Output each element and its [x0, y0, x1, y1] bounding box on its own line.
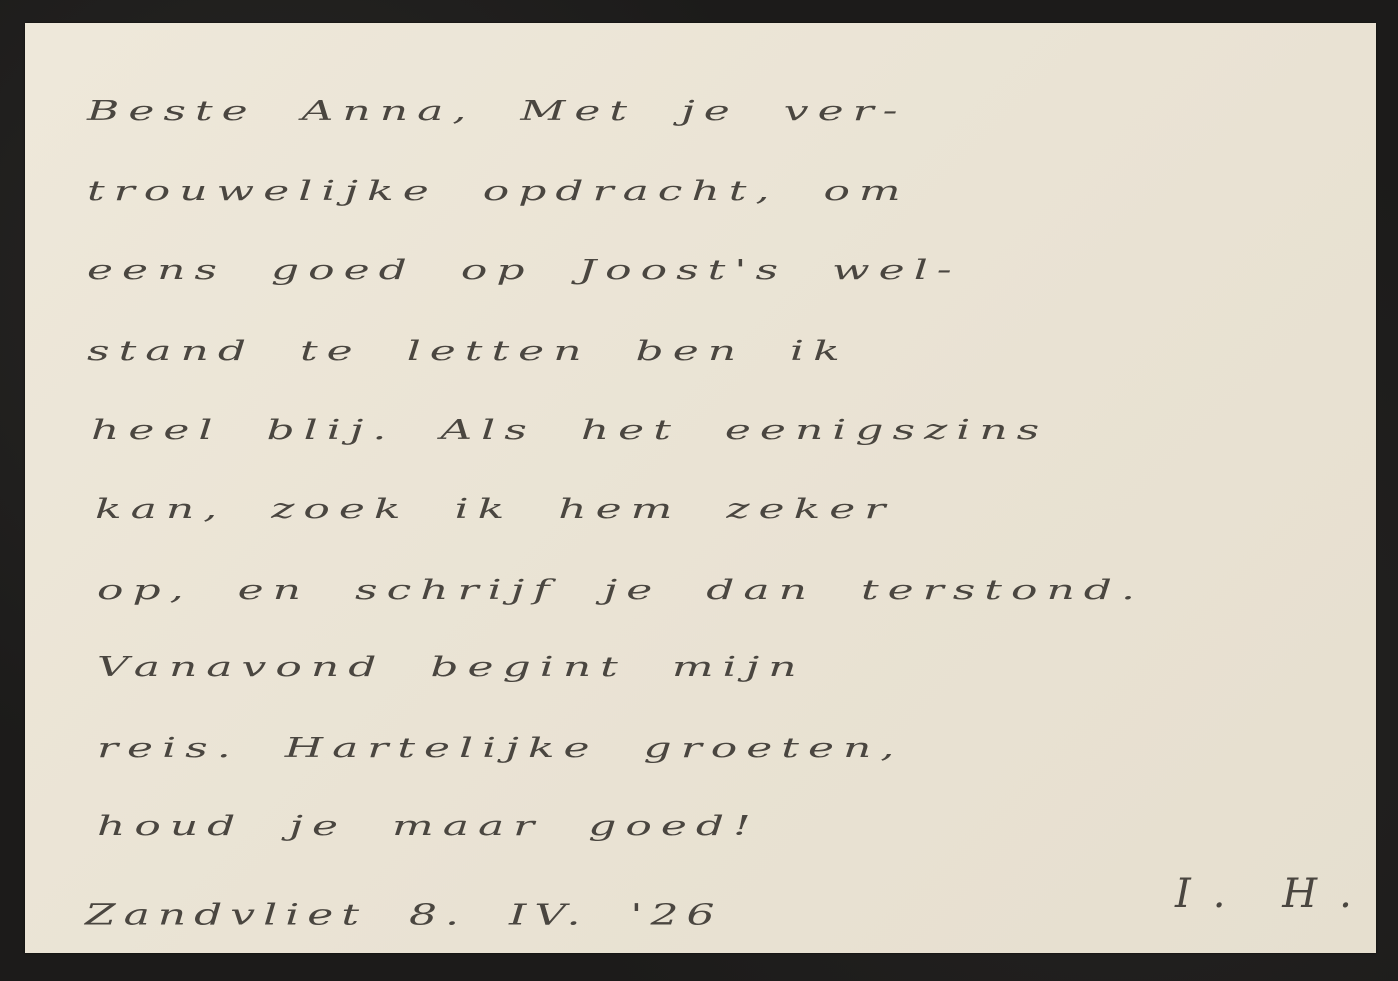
signature: I. H.: [1175, 871, 1374, 917]
letter-line-8: Vanavond begint mijn: [97, 654, 806, 681]
letter-line-2: trouwelijke opdracht, om: [87, 178, 910, 205]
letter-line-10: houd je maar goed!: [97, 813, 760, 840]
place-and-date: Zandvliet 8. IV. '26: [85, 898, 723, 932]
letter-line-9: reis. Hartelijke groeten,: [97, 735, 903, 762]
letter-line-6: kan, zoek ik hem zeker: [95, 496, 894, 523]
postcard: Beste Anna, Met je ver- trouwelijke opdr…: [25, 23, 1376, 953]
letter-line-7: op, en schrijf je dan terstond.: [97, 577, 1144, 604]
letter-line-1: Beste Anna, Met je ver-: [87, 98, 907, 125]
letter-line-5: heel blij. Als het eenigszins: [91, 417, 1048, 444]
letter-line-4: stand te letten ben ik: [87, 338, 849, 365]
letter-line-3: eens goed op Joost's wel-: [87, 257, 961, 284]
